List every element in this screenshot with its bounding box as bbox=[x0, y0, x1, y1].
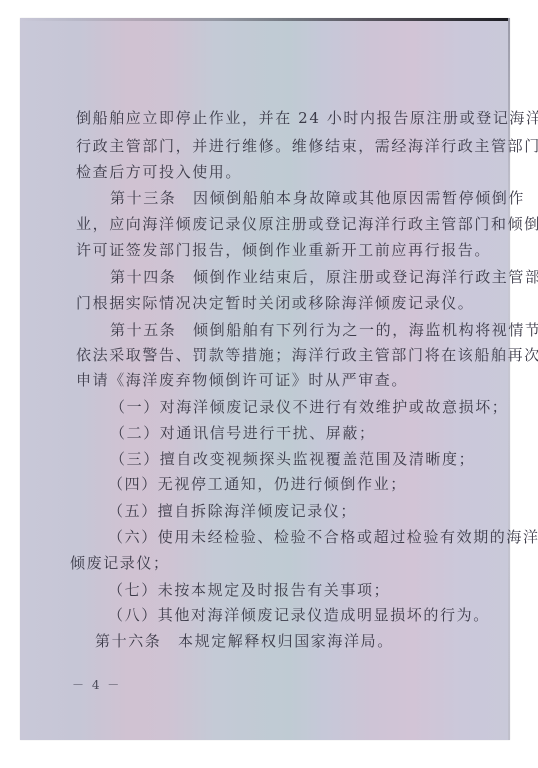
list-item-6-continuation: 倾废记录仪； bbox=[70, 553, 170, 573]
list-item-1: （一）对海洋倾废记录仪不进行有效维护或故意损坏； bbox=[110, 397, 508, 417]
text-line-5: 业，应向海洋倾废记录仪原注册或登记海洋行政主管部门和倾倒 bbox=[76, 214, 538, 234]
list-item-7: （七）未按本规定及时报告有关事项； bbox=[108, 580, 390, 600]
list-item-3: （三）擅自改变视频探头监视覆盖范围及清晰度； bbox=[110, 449, 475, 469]
text-line-11: 申请《海洋废弃物倾倒许可证》时从严审查。 bbox=[76, 370, 408, 390]
document-page: 倒船舶应立即停止作业，并在 24 小时内报告原注册或登记海洋 行政主管部门，并进… bbox=[20, 18, 510, 740]
page-number: － 4 － bbox=[72, 676, 121, 693]
text-line-6: 许可证签发部门报告，倾倒作业重新开工前应再行报告。 bbox=[76, 240, 491, 260]
list-item-2: （二）对通讯信号进行干扰、屏蔽； bbox=[110, 423, 376, 443]
article-13-heading-line: 第十三条 因倾倒船舶本身故障或其他原因需暂停倾倒作 bbox=[110, 188, 525, 208]
list-item-4: （四）无视停工通知，仍进行倾倒作业； bbox=[108, 474, 407, 494]
list-item-6: （六）使用未经检验、检验不合格或超过检验有效期的海洋 bbox=[108, 527, 538, 547]
text-line-10: 依法采取警告、罚款等措施；海洋行政主管部门将在该船舶再次 bbox=[76, 345, 538, 365]
text-line-1: 倒船舶应立即停止作业，并在 24 小时内报告原注册或登记海洋 bbox=[76, 108, 538, 128]
text-line-8: 门根据实际情况决定暂时关闭或移除海洋倾废记录仪。 bbox=[76, 293, 474, 313]
article-15-heading-line: 第十五条 倾倒船舶有下列行为之一的，海监机构将视情节 bbox=[110, 320, 538, 340]
page-top-edge bbox=[20, 18, 510, 21]
list-item-5: （五）擅自拆除海洋倾废记录仪； bbox=[108, 501, 357, 521]
text-line-3: 检查后方可投入使用。 bbox=[76, 162, 242, 182]
article-16-line: 第十六条 本规定解释权归国家海洋局。 bbox=[95, 631, 394, 651]
list-item-8: （八）其他对海洋倾废记录仪造成明显损坏的行为。 bbox=[108, 605, 490, 625]
text-line-2: 行政主管部门，并进行维修。维修结束，需经海洋行政主管部门 bbox=[76, 136, 538, 156]
article-14-heading-line: 第十四条 倾倒作业结束后，原注册或登记海洋行政主管部 bbox=[110, 267, 538, 287]
